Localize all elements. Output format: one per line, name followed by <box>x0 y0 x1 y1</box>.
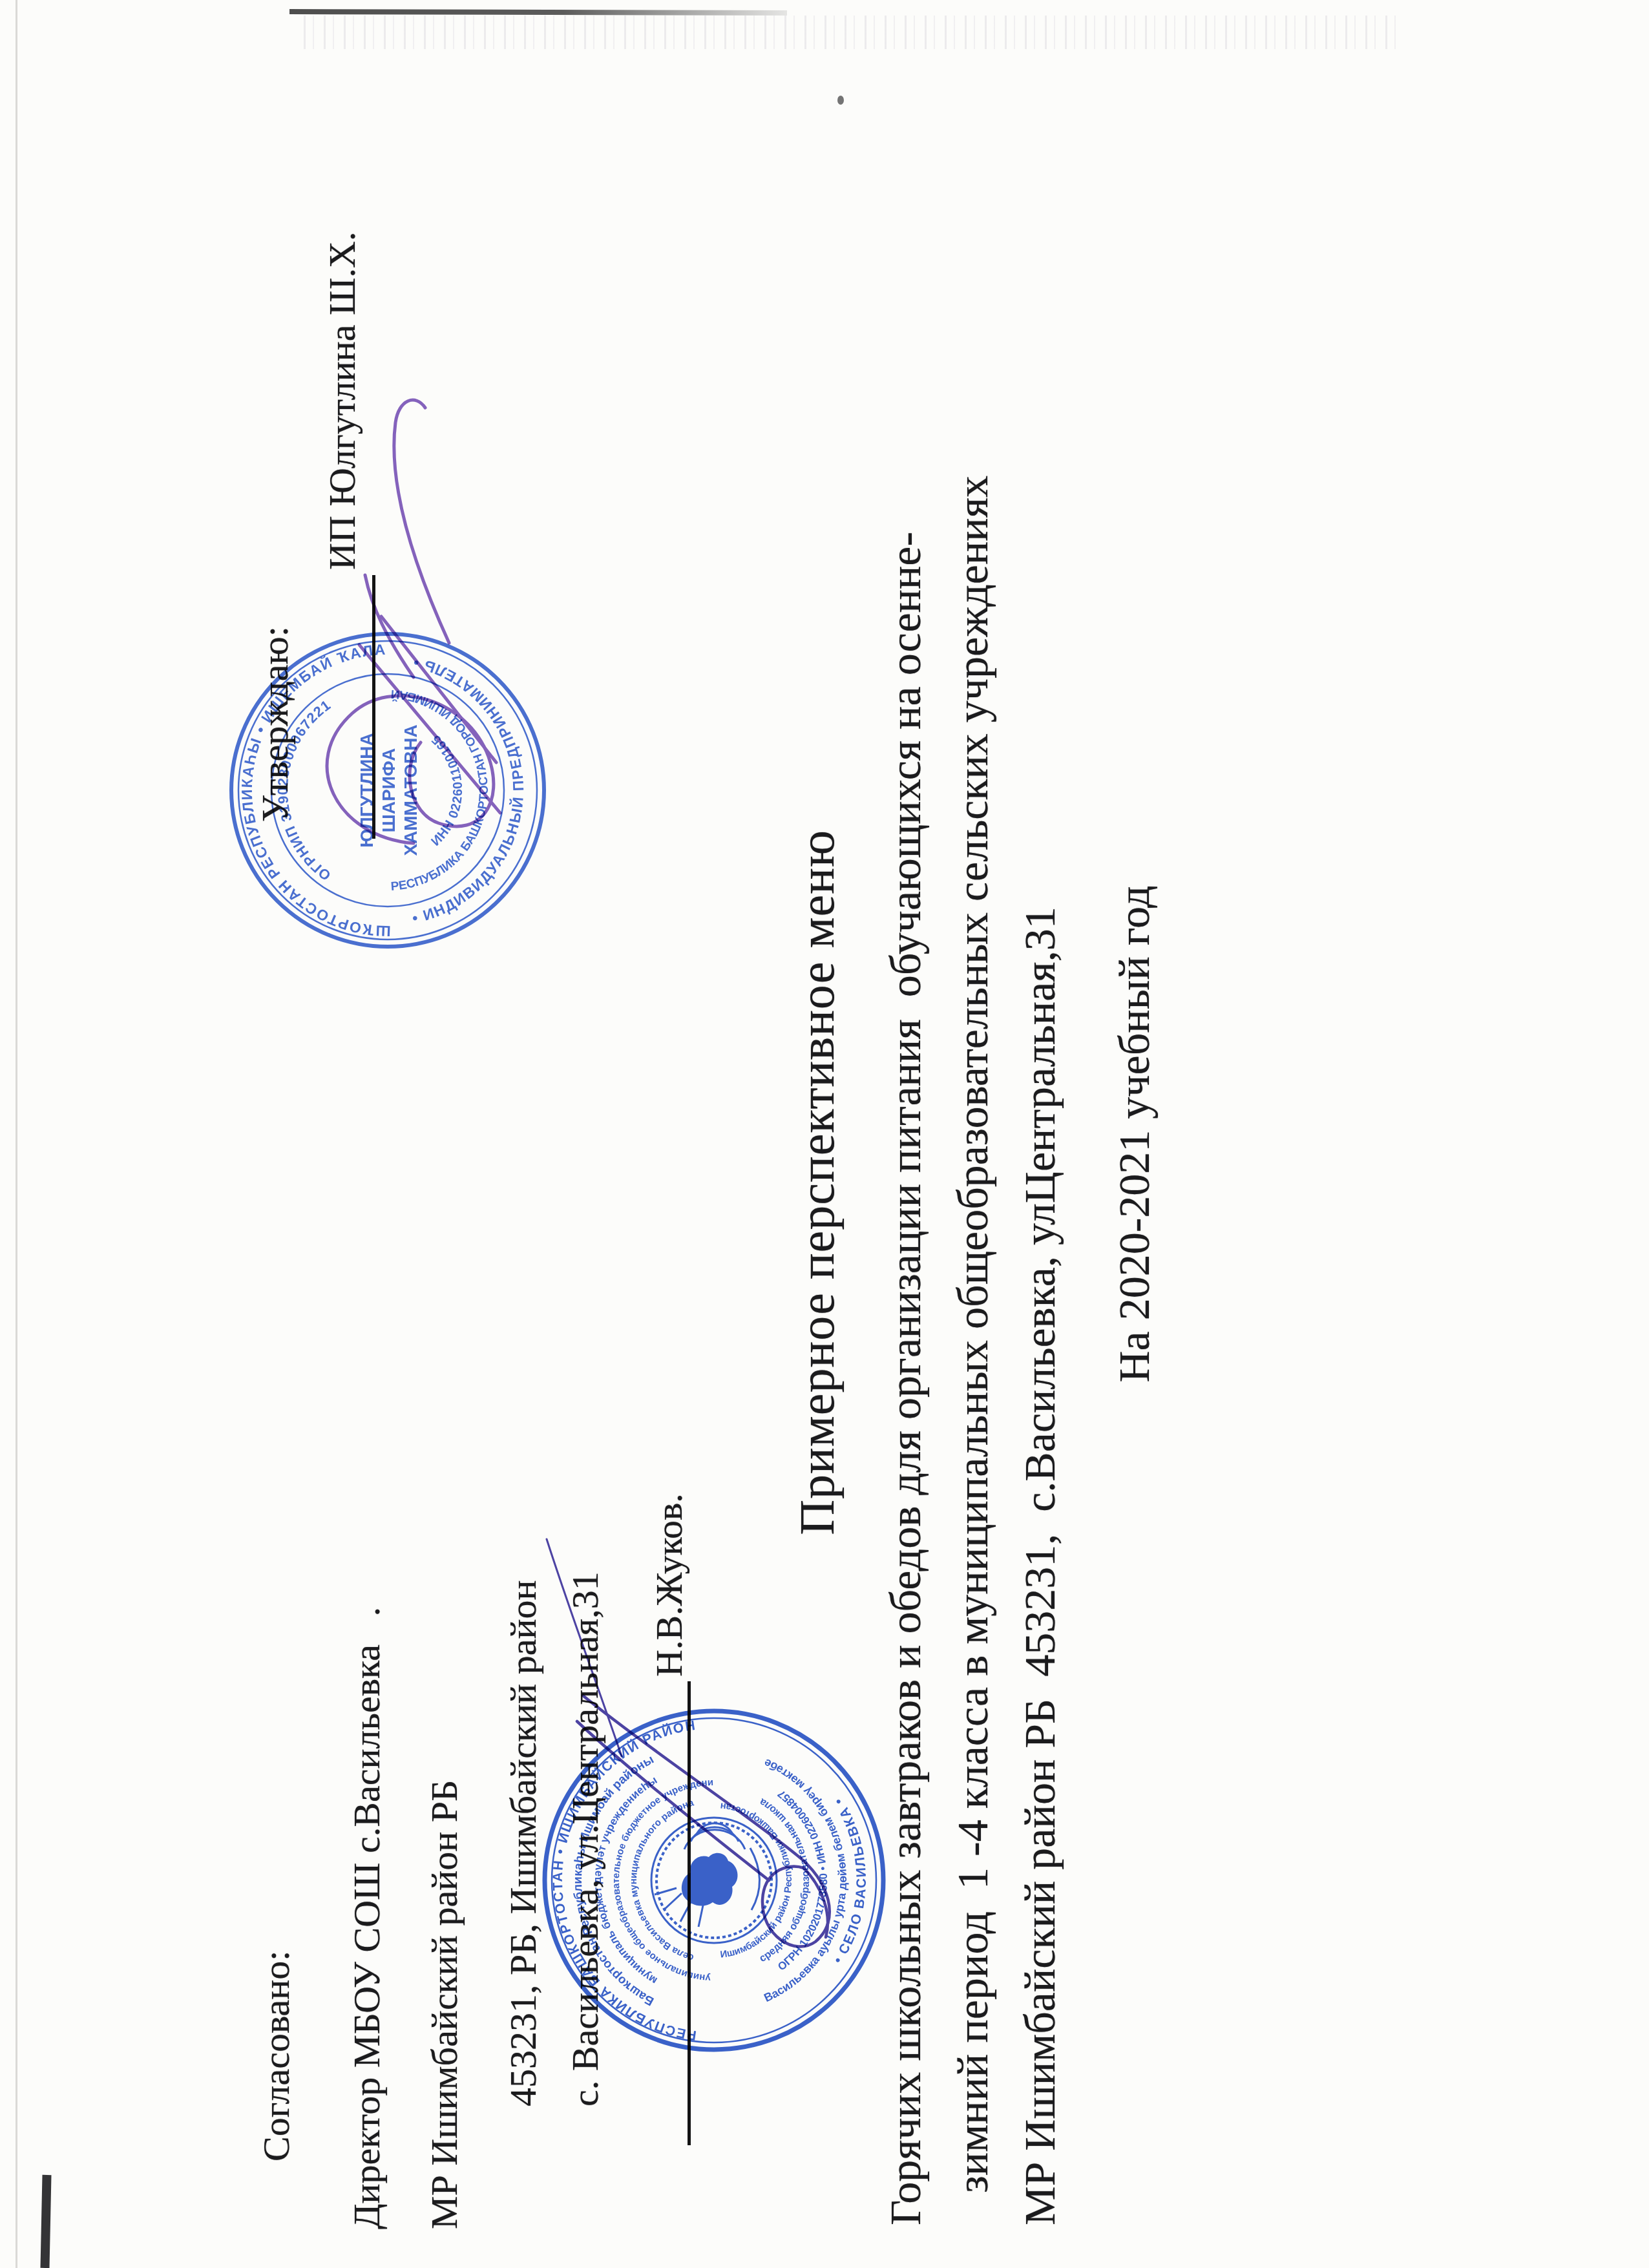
scan-artifact-dot <box>837 96 844 105</box>
signatures-overlay <box>0 0 1649 2268</box>
scan-edge-line <box>16 0 17 2268</box>
school-signature-stroke <box>547 1539 830 1947</box>
landscape-sheet: Согласовано: Директор МБОУ СОШ с.Василье… <box>0 0 1649 2268</box>
scan-artifact-noise <box>304 16 1402 49</box>
ip-signature-stroke <box>327 400 500 843</box>
scanned-document-page: Согласовано: Директор МБОУ СОШ с.Василье… <box>0 0 1649 2268</box>
